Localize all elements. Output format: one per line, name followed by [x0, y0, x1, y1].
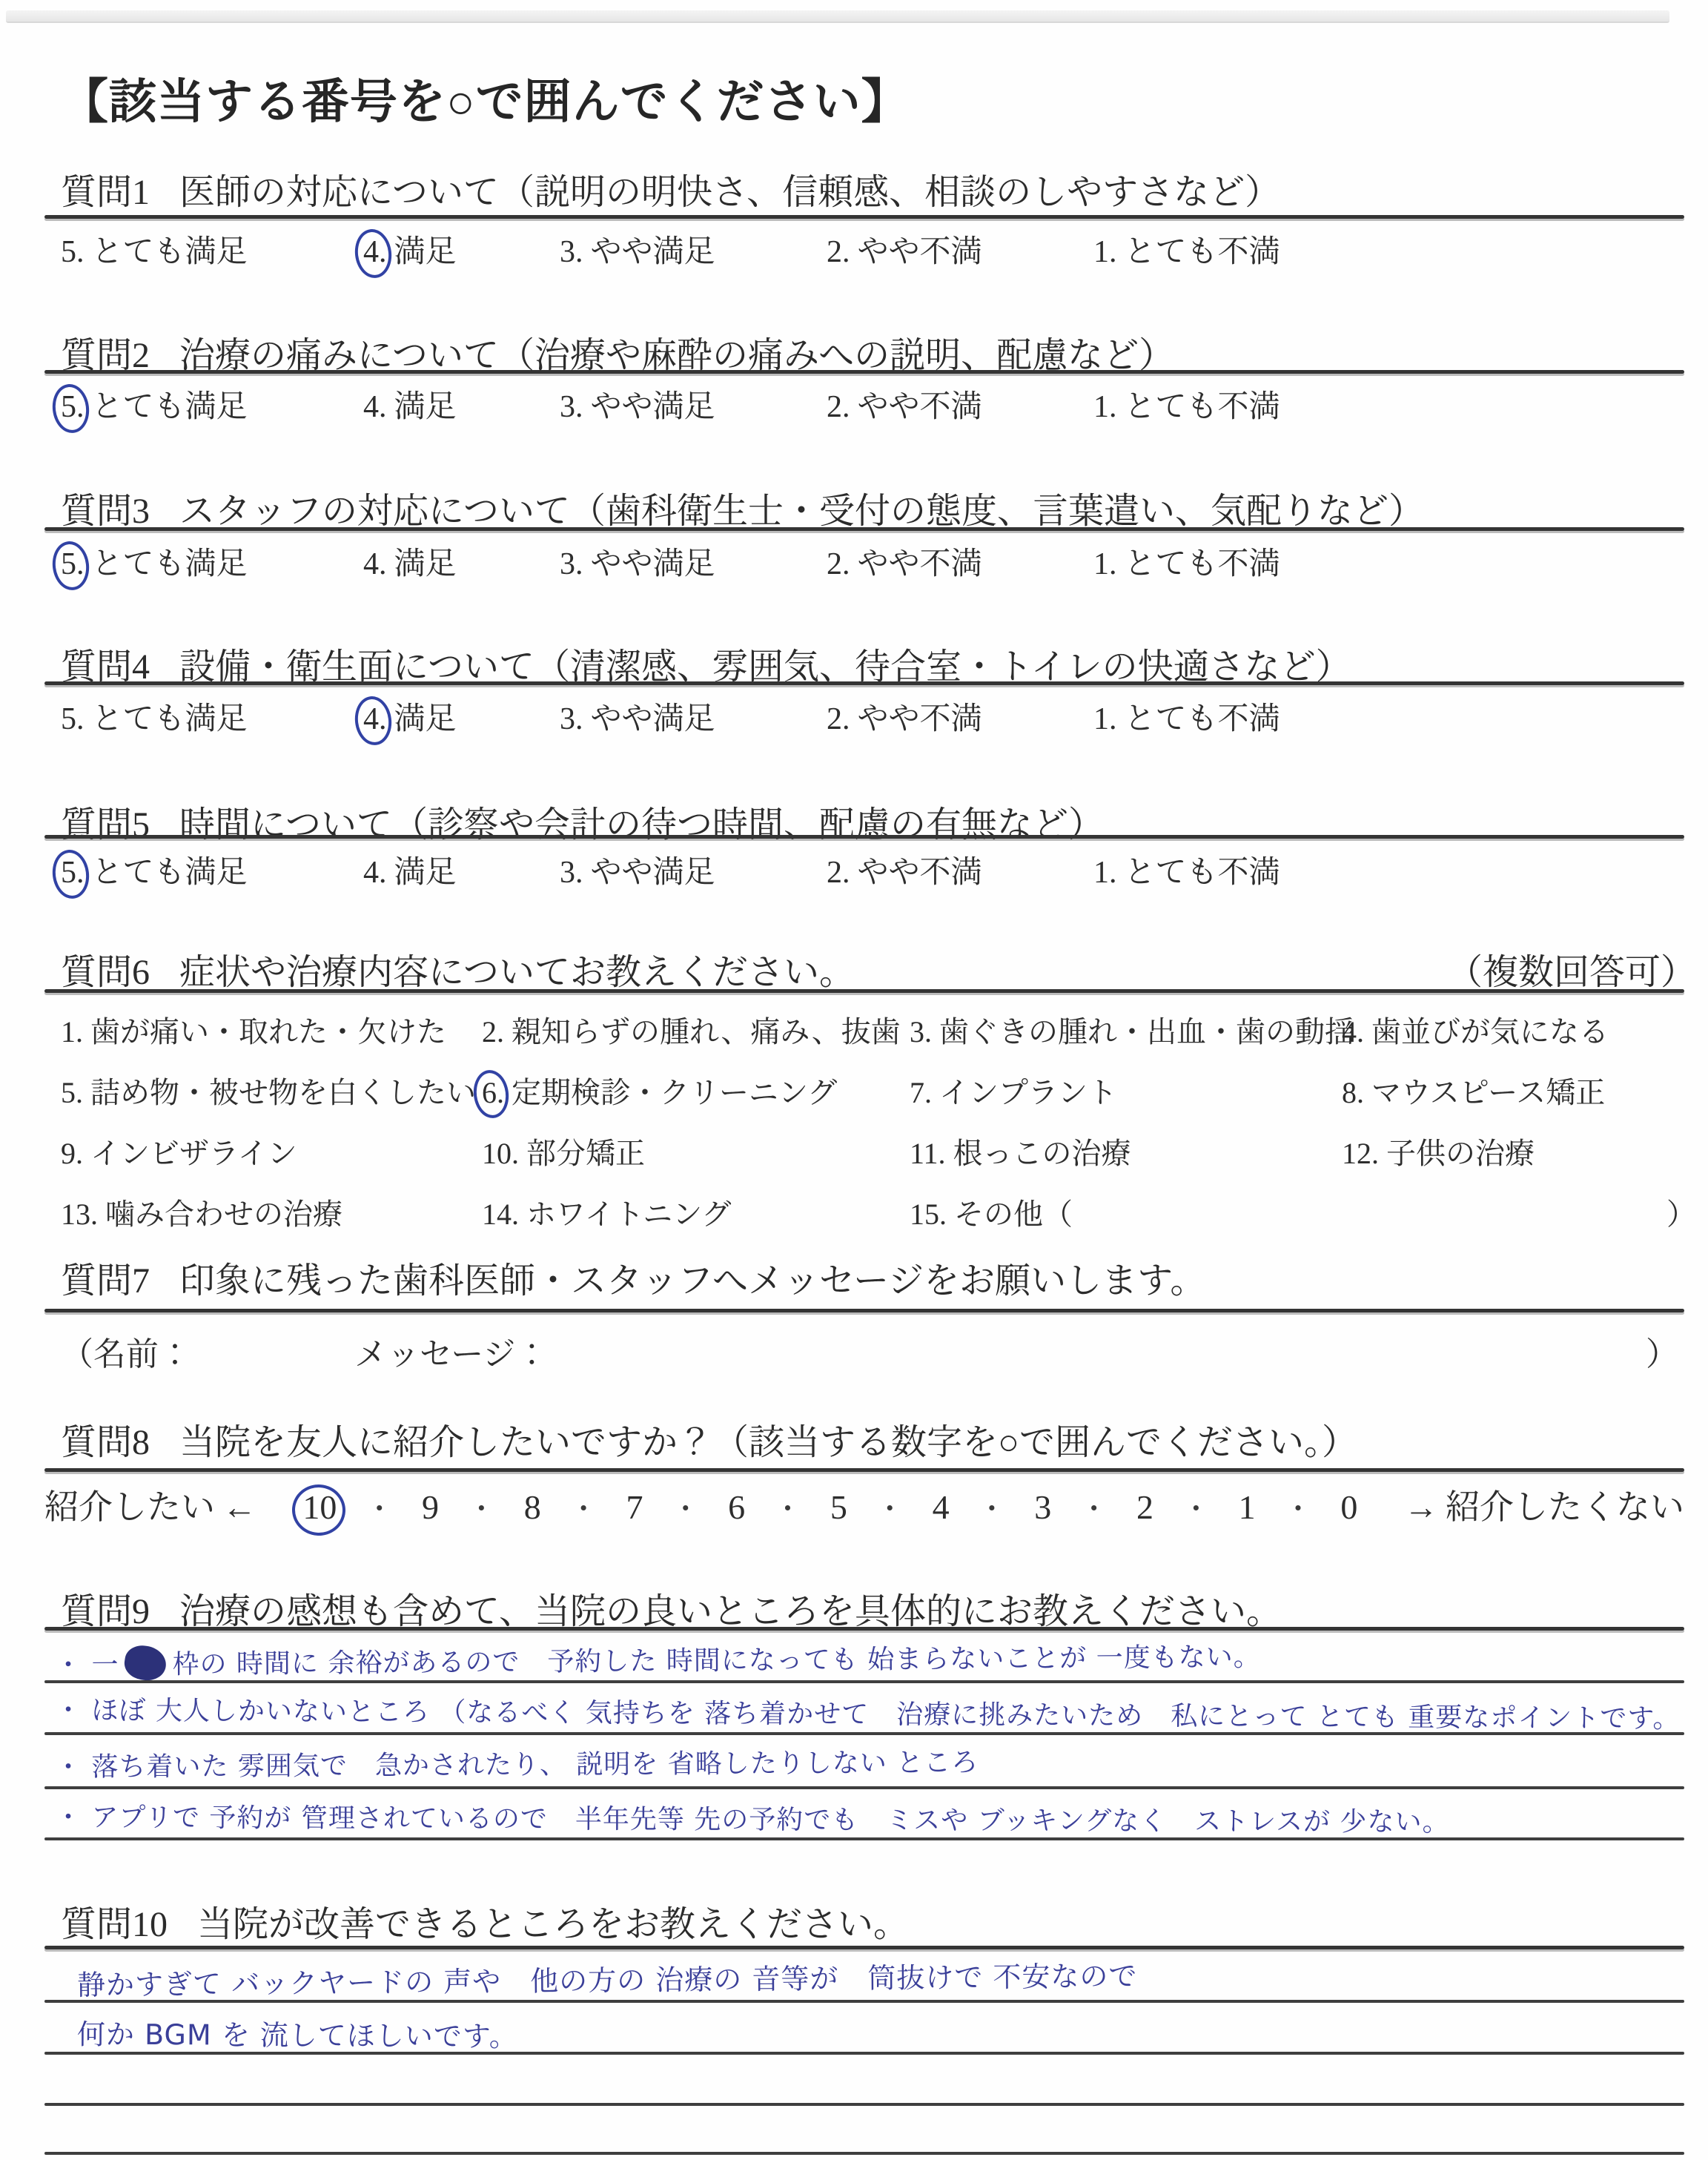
option-label: 満足 — [394, 547, 457, 581]
q9-answer-line-4: ・ アプリで 予約が 管理されているので 半年先等 先の予約でも ミスや ブッキ… — [55, 1797, 1450, 1840]
nps-separator: ・ — [978, 1486, 1006, 1527]
symptom-option-11: 11.根っこの治療 — [910, 1130, 1131, 1172]
question-8-label: 質問8 — [61, 1423, 150, 1462]
option-number: 14. — [482, 1198, 519, 1231]
question-9-title: 治療の感想も含めて、当院の良いところを具体的にお教えください。 — [179, 1592, 1282, 1631]
rating-option-3: 3.やや満足 — [560, 848, 715, 892]
option-number: 2. — [827, 856, 850, 890]
q9-answer-line-2: ・ ほぼ 大人しかいないところ （なるべく 気持ちを 落ち着かせて 治療に挑みた… — [55, 1689, 1681, 1735]
question-5-label: 質問5 — [61, 805, 150, 845]
rating-option-1: 1.とても不満 — [1093, 539, 1280, 584]
option-number: 4. — [363, 856, 387, 890]
option-label: やや不満 — [858, 856, 982, 890]
option-number: 1. — [1093, 235, 1117, 269]
question-6-heading: 質問6症状や治療内容についてお教えください。 （複数回答可） — [61, 943, 1701, 994]
divider — [44, 370, 1684, 374]
option-label: その他（ — [954, 1198, 1073, 1231]
option-label: 歯が痛い・取れた・欠けた — [90, 1015, 446, 1048]
divider — [44, 989, 1684, 993]
rating-option-5: 5.とても満足 — [61, 694, 248, 739]
question-6-label: 質問6 — [61, 953, 150, 992]
option-label: 満足 — [394, 856, 457, 890]
option-label: 定期検診・クリーニング — [512, 1076, 837, 1109]
option-label: やや満足 — [591, 390, 715, 424]
nps-separator: ・ — [1080, 1486, 1108, 1527]
question-9-heading: 質問9治療の感想も含めて、当院の良いところを具体的にお教えください。 — [61, 1582, 1282, 1634]
question-9-label: 質問9 — [61, 1592, 150, 1631]
rating-option-2: 2.やや不満 — [827, 382, 982, 426]
q10-answer-line-2: 何か BGM を 流してほしいです。 — [77, 2011, 518, 2054]
option-number: 3. — [560, 856, 583, 890]
option-label: やや満足 — [591, 547, 715, 581]
symptom-option-6: 6.定期検診・クリーニング — [482, 1069, 837, 1112]
question-5-options: 5.とても満足4.満足3.やや満足2.やや不満1.とても不満 — [44, 848, 1684, 894]
option-label: 満足 — [394, 390, 457, 424]
option-label: やや満足 — [591, 856, 715, 890]
option-label: やや不満 — [858, 235, 982, 269]
option-number: 5. — [61, 702, 85, 736]
option-number: 3. — [910, 1015, 932, 1048]
rating-option-2: 2.やや不満 — [827, 848, 982, 892]
q10-answer-line-1: 静かすぎて バックヤードの 声や 他の方の 治療の 音等が 筒抜けで 不安なので — [77, 1953, 1138, 2003]
nps-number-6: 6 — [728, 1487, 745, 1527]
nps-separator: ・ — [1182, 1486, 1210, 1527]
option-label: とても満足 — [92, 390, 248, 424]
rating-option-1: 1.とても不満 — [1093, 382, 1280, 426]
question-1-options: 5.とても満足4.満足3.やや満足2.やや不満1.とても不満 — [44, 227, 1684, 273]
option-label: 根っこの治療 — [953, 1137, 1131, 1170]
rating-option-1: 1.とても不満 — [1093, 694, 1280, 739]
nps-number-9: 9 — [422, 1487, 439, 1527]
question-6-title: 症状や治療内容についてお教えください。 — [179, 953, 855, 992]
question-1-heading: 質問1医師の対応について（説明の明快さ、信頼感、相談のしやすさなど） — [61, 163, 1280, 214]
rating-option-5: 5.とても満足 — [61, 227, 248, 271]
question-4-options: 5.とても満足4.満足3.やや満足2.やや不満1.とても不満 — [44, 694, 1684, 740]
nps-separator: ・ — [365, 1486, 394, 1527]
rating-option-4: 4.満足 — [363, 227, 457, 271]
nps-separator: ・ — [569, 1486, 598, 1527]
nps-scale-numbers: 10・9・8・7・6・5・4・3・2・1・0 — [274, 1486, 1386, 1527]
rating-option-4: 4.満足 — [363, 848, 457, 892]
option-number: 9. — [61, 1137, 83, 1170]
option-number: 1. — [61, 1015, 83, 1048]
selected-option-circle: 4. — [363, 701, 387, 737]
nps-number-0: 0 — [1340, 1487, 1357, 1527]
rating-option-3: 3.やや満足 — [560, 694, 715, 739]
selected-option-circle: 5. — [61, 546, 85, 582]
option-number: 3. — [560, 702, 583, 736]
rating-option-5: 5.とても満足 — [61, 539, 248, 584]
nps-right-label: 紹介したくない — [1446, 1480, 1684, 1529]
divider — [44, 1309, 1684, 1312]
question-7-fields: （名前： メッセージ： ） — [44, 1327, 1684, 1372]
question-5-heading: 質問5時間について（診察や会計の待つ時間、配慮の有無など） — [61, 796, 1104, 847]
right-arrow-icon: → — [1404, 1487, 1438, 1527]
option-number: 11. — [910, 1137, 946, 1170]
nps-separator: ・ — [1284, 1486, 1312, 1527]
option-number: 7. — [910, 1076, 932, 1109]
option-label: やや不満 — [858, 390, 982, 424]
option-label: とても満足 — [92, 235, 248, 269]
rating-option-3: 3.やや満足 — [560, 227, 715, 271]
option-number: 5. — [61, 235, 85, 269]
nps-number-4: 4 — [933, 1487, 950, 1527]
option-label: やや満足 — [591, 235, 715, 269]
option-label: 親知らずの腫れ、痛み、抜歯 — [512, 1015, 901, 1048]
question-1-title: 医師の対応について（説明の明快さ、信頼感、相談のしやすさなど） — [179, 173, 1280, 212]
rating-option-5: 5.とても満足 — [61, 382, 248, 426]
answer-line — [44, 1732, 1684, 1735]
symptom-option-2: 2.親知らずの腫れ、痛み、抜歯 — [482, 1008, 901, 1051]
question-3-label: 質問3 — [61, 492, 150, 531]
question-3-options: 5.とても満足4.満足3.やや満足2.やや不満1.とても不満 — [44, 539, 1684, 585]
rating-option-1: 1.とても不満 — [1093, 848, 1280, 892]
option-number: 2. — [827, 390, 850, 424]
other-close-paren: ） — [1666, 1191, 1696, 1233]
nps-left-label: 紹介したい — [44, 1480, 215, 1529]
survey-form-page: 【該当する番号を○で囲んでください】 質問1医師の対応について（説明の明快さ、信… — [0, 0, 1708, 2160]
divider — [44, 1627, 1684, 1631]
rating-option-2: 2.やや不満 — [827, 227, 982, 271]
option-number: 3. — [560, 547, 583, 581]
option-number: 15. — [910, 1198, 947, 1231]
option-number: 1. — [1093, 702, 1117, 736]
symptom-option-14: 14.ホワイトニング — [482, 1191, 731, 1233]
answer-line — [44, 2152, 1684, 2155]
option-number: 4. — [363, 547, 387, 581]
option-number: 2. — [827, 702, 850, 736]
option-number: 3. — [560, 390, 583, 424]
nps-number-5: 5 — [830, 1487, 847, 1527]
option-number: 12. — [1342, 1137, 1379, 1170]
answer-line — [44, 1786, 1684, 1789]
option-label: とても不満 — [1125, 702, 1280, 736]
option-number: 2. — [827, 547, 850, 581]
nps-number-8: 8 — [524, 1487, 541, 1527]
option-number: 1. — [1093, 856, 1117, 890]
symptom-option-5: 5.詰め物・被せ物を白くしたい — [61, 1069, 476, 1112]
nps-separator: ・ — [467, 1486, 495, 1527]
name-field-label: （名前： — [61, 1327, 191, 1375]
handwritten-text: ・ 一 — [55, 1650, 119, 1681]
divider — [44, 527, 1684, 531]
selected-option-circle: 4. — [363, 234, 387, 270]
question-10-title: 当院が改善できるところをお教えください。 — [197, 1905, 909, 1944]
divider — [44, 215, 1684, 219]
message-field-label: メッセージ： — [354, 1327, 548, 1375]
option-label: やや満足 — [591, 702, 715, 736]
option-label: とても満足 — [92, 702, 248, 736]
symptom-option-9: 9.インビザライン — [61, 1130, 297, 1172]
question-5-title: 時間について（診察や会計の待つ時間、配慮の有無など） — [179, 805, 1104, 845]
symptom-option-13: 13.噛み合わせの治療 — [61, 1191, 342, 1233]
option-number: 5. — [61, 1076, 83, 1109]
page-title: 【該当する番号を○で囲んでください】 — [61, 64, 910, 132]
option-number: 2. — [482, 1015, 504, 1048]
symptom-option-4: 4.歯並びが気になる — [1342, 1008, 1609, 1051]
rating-option-4: 4.満足 — [363, 694, 457, 739]
nps-separator: ・ — [774, 1486, 802, 1527]
option-label: 歯並びが気になる — [1371, 1015, 1609, 1048]
answer-line — [44, 1680, 1684, 1683]
option-label: ホワイトニング — [526, 1198, 731, 1231]
multiple-answers-note: （複数回答可） — [1447, 943, 1696, 994]
option-number: 1. — [1093, 390, 1117, 424]
question-10-label: 質問10 — [61, 1905, 168, 1944]
q9-answer-line-3: ・ 落ち着いた 雰囲気で 急かされたり、 説明を 省略したりしない ところ — [55, 1742, 979, 1785]
option-label: とても不満 — [1125, 390, 1280, 424]
divider — [44, 1946, 1684, 1949]
option-number: 4. — [1342, 1015, 1364, 1048]
q9-answer-line-1: ・ 一枠の 時間に 余裕があるので 予約した 時間になっても 始まらないことが … — [55, 1636, 1261, 1682]
option-label: とても不満 — [1125, 856, 1280, 890]
rating-option-2: 2.やや不満 — [827, 539, 982, 584]
option-label: インビザライン — [90, 1137, 297, 1170]
option-number: 3. — [560, 235, 583, 269]
answer-line — [44, 1837, 1684, 1840]
selected-option-circle: 6. — [482, 1075, 504, 1110]
symptom-option-7: 7.インプラント — [910, 1069, 1117, 1112]
option-label: 満足 — [394, 702, 457, 736]
option-number: 10. — [482, 1137, 519, 1170]
rating-option-3: 3.やや満足 — [560, 382, 715, 426]
question-8-heading: 質問8当院を友人に紹介したいですか？（該当する数字を○で囲んでください。） — [61, 1413, 1357, 1464]
symptom-option-12: 12.子供の治療 — [1342, 1130, 1535, 1172]
question-3-title: スタッフの対応について（歯科衛生士・受付の態度、言葉遣い、気配りなど） — [179, 492, 1424, 531]
option-number: 4. — [363, 390, 387, 424]
option-label: 噛み合わせの治療 — [105, 1198, 342, 1231]
nps-number-1: 1 — [1239, 1487, 1256, 1527]
answer-line — [44, 2000, 1684, 2003]
option-label: インプラント — [939, 1076, 1117, 1109]
question-6-options: ） 1.歯が痛い・取れた・欠けた2.親知らずの腫れ、痛み、抜歯3.歯ぐきの腫れ・… — [44, 1008, 1684, 1231]
question-7-heading: 質問7印象に残った歯科医師・スタッフへメッセージをお願いします。 — [61, 1252, 1205, 1303]
option-label: 子供の治療 — [1386, 1137, 1535, 1170]
question-7-label: 質問7 — [61, 1261, 150, 1301]
option-number: 1. — [1093, 547, 1117, 581]
option-label: やや不満 — [858, 702, 982, 736]
selected-option-circle: 5. — [61, 855, 85, 891]
symptom-option-1: 1.歯が痛い・取れた・欠けた — [61, 1008, 446, 1051]
nps-number-7: 7 — [626, 1487, 643, 1527]
question-1-label: 質問1 — [61, 173, 150, 212]
nps-separator: ・ — [875, 1486, 904, 1527]
divider — [44, 1468, 1684, 1472]
symptom-option-10: 10.部分矯正 — [482, 1130, 645, 1172]
divider — [44, 681, 1684, 685]
ink-scribble — [122, 1643, 168, 1683]
rating-option-1: 1.とても不満 — [1093, 227, 1280, 271]
symptom-option-8: 8.マウスピース矯正 — [1342, 1069, 1605, 1112]
rating-option-4: 4.満足 — [363, 539, 457, 584]
nps-number-2: 2 — [1136, 1487, 1153, 1527]
option-label: やや不満 — [858, 547, 982, 581]
option-label: 満足 — [394, 235, 457, 269]
scan-artifact-band — [6, 10, 1669, 23]
nps-scale-row: 紹介したい ← 10・9・8・7・6・5・4・3・2・1・0 → 紹介したくない — [44, 1480, 1684, 1529]
option-label: とても不満 — [1125, 235, 1280, 269]
question-2-options: 5.とても満足4.満足3.やや満足2.やや不満1.とても不満 — [44, 382, 1684, 428]
option-number: 2. — [827, 235, 850, 269]
nps-separator: ・ — [672, 1486, 700, 1527]
option-label: 詰め物・被せ物を白くしたい — [90, 1076, 476, 1109]
handwritten-text: 枠の 時間に 余裕があるので 予約した 時間になっても 始まらないことが 一度も… — [172, 1642, 1260, 1680]
answer-line — [44, 2103, 1684, 2106]
question-10-heading: 質問10当院が改善できるところをお教えください。 — [61, 1895, 909, 1946]
nps-number-3: 3 — [1034, 1487, 1051, 1527]
rating-option-2: 2.やや不満 — [827, 694, 982, 739]
divider — [44, 835, 1684, 839]
symptom-option-3: 3.歯ぐきの腫れ・出血・歯の動揺 — [910, 1008, 1354, 1051]
option-label: 部分矯正 — [526, 1137, 645, 1170]
option-number: 13. — [61, 1198, 98, 1231]
rating-option-3: 3.やや満足 — [560, 539, 715, 584]
answer-line — [44, 2052, 1684, 2055]
option-label: 歯ぐきの腫れ・出血・歯の動揺 — [939, 1015, 1354, 1048]
rating-option-4: 4.満足 — [363, 382, 457, 426]
option-label: とても満足 — [92, 856, 248, 890]
symptom-option-15: 15.その他（ — [910, 1191, 1073, 1233]
question-8-title: 当院を友人に紹介したいですか？（該当する数字を○で囲んでください。） — [179, 1423, 1357, 1462]
option-number: 8. — [1342, 1076, 1364, 1109]
option-label: とても不満 — [1125, 547, 1280, 581]
close-paren: ） — [1646, 1327, 1678, 1375]
rating-option-5: 5.とても満足 — [61, 848, 248, 892]
left-arrow-icon: ← — [222, 1487, 256, 1527]
selected-nps-circle: 10 — [302, 1487, 337, 1527]
option-label: マウスピース矯正 — [1371, 1076, 1605, 1109]
option-label: とても満足 — [92, 547, 248, 581]
question-3-heading: 質問3スタッフの対応について（歯科衛生士・受付の態度、言葉遣い、気配りなど） — [61, 482, 1424, 533]
selected-option-circle: 5. — [61, 389, 85, 425]
question-7-title: 印象に残った歯科医師・スタッフへメッセージをお願いします。 — [179, 1261, 1205, 1301]
